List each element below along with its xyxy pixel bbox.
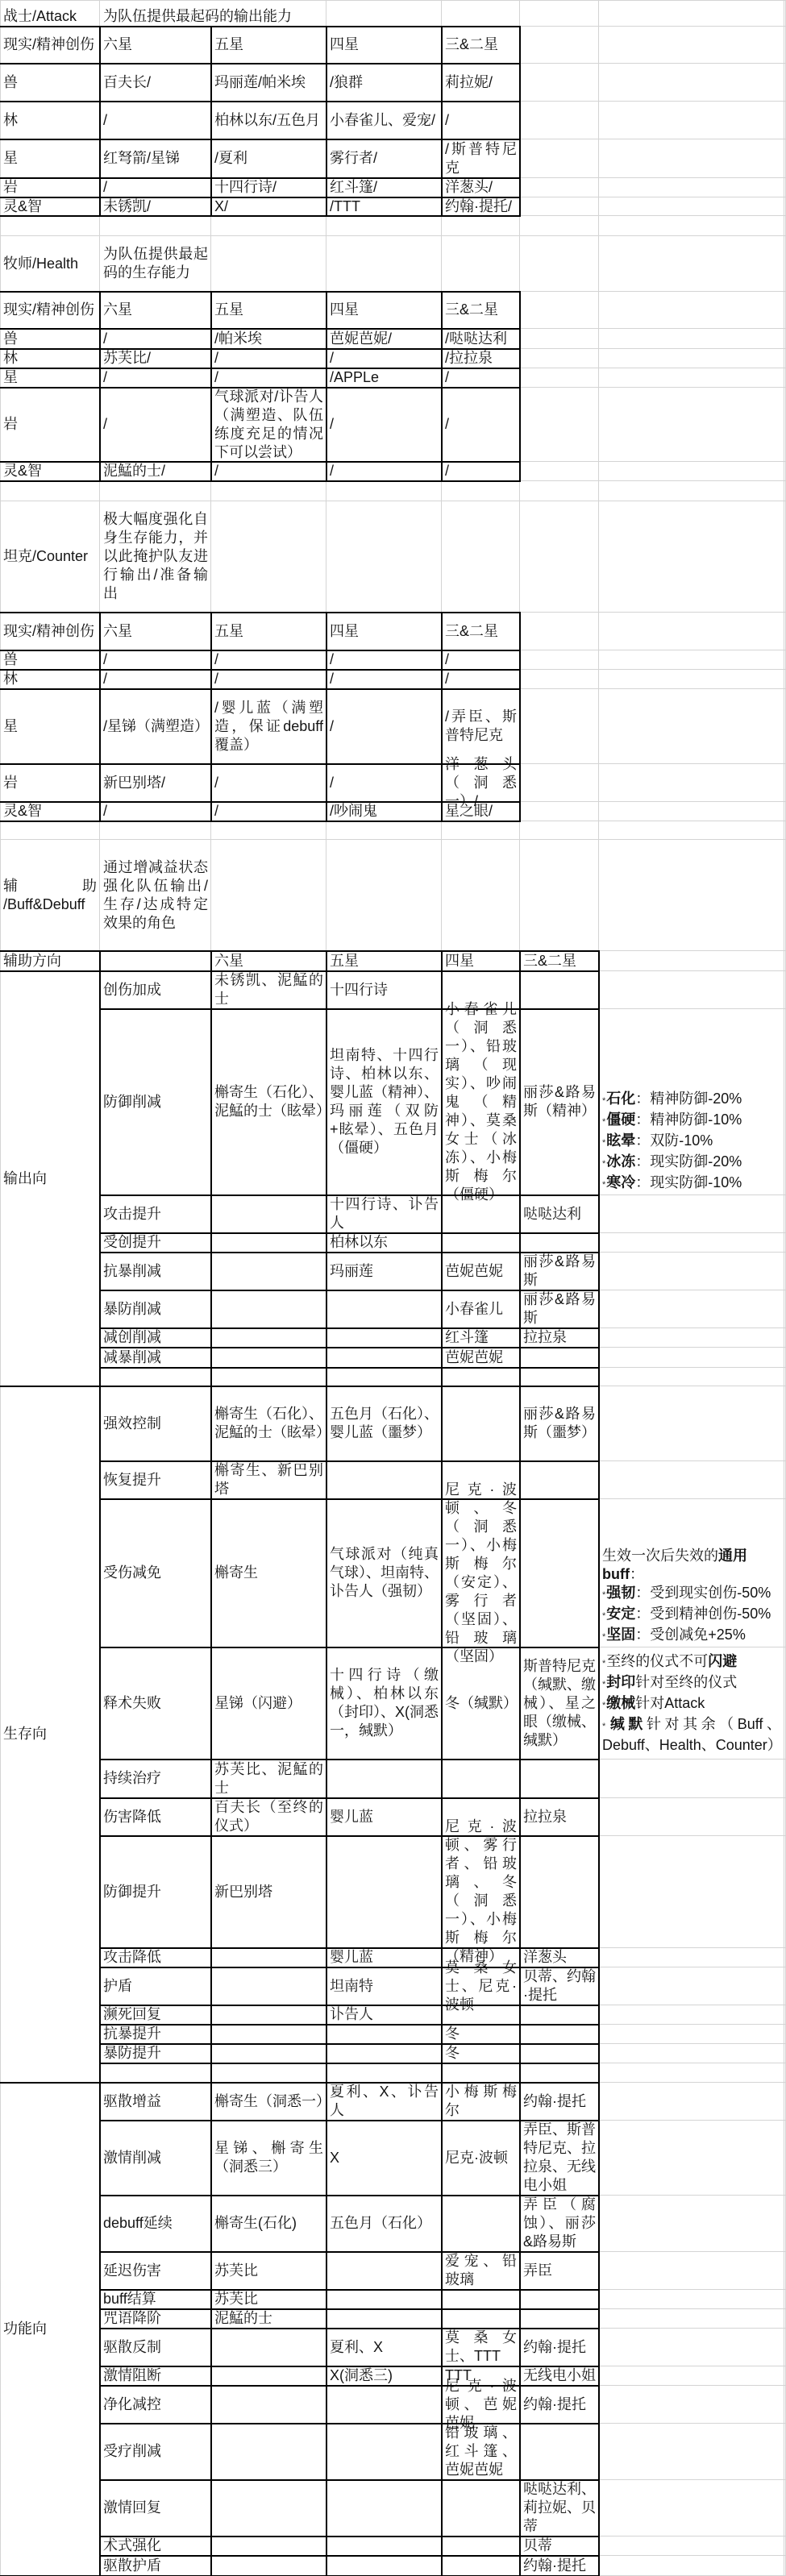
- support-character-cell[interactable]: 铅玻璃、红斗篷、芭妮芭妮: [442, 2424, 520, 2480]
- counter-character-cell[interactable]: /婴儿蓝（满塑造，保证debuff覆盖）: [211, 689, 326, 764]
- support-character-cell[interactable]: [442, 1760, 520, 1798]
- support-effect-label[interactable]: 攻击降低: [100, 1948, 211, 1967]
- counter-character-cell[interactable]: 洋葱头（洞悉一）/: [442, 764, 520, 802]
- empty-cell[interactable]: [599, 216, 784, 236]
- empty-cell[interactable]: [599, 1328, 784, 1348]
- empty-cell[interactable]: [442, 821, 520, 840]
- support-character-cell[interactable]: [442, 2290, 520, 2309]
- support-character-cell[interactable]: 夏利、X: [326, 2329, 442, 2366]
- support-description[interactable]: 通过增减益状态强化队伍输出/生存/达成特定效果的角色: [100, 840, 211, 951]
- health-row-label[interactable]: 林: [0, 349, 100, 368]
- support-character-cell[interactable]: [211, 2537, 326, 2556]
- attack-character-cell[interactable]: 玛丽莲/帕米埃: [211, 64, 326, 102]
- support-character-cell[interactable]: [326, 1760, 442, 1798]
- health-row-label[interactable]: 兽: [0, 329, 100, 349]
- attack-character-cell[interactable]: /狼群: [326, 64, 442, 102]
- support-character-cell[interactable]: 哒哒达利: [520, 1195, 599, 1233]
- counter-description[interactable]: 极大幅度强化自身生存能力，并以此掩护队友进行输出/准备输出: [100, 501, 211, 613]
- empty-cell[interactable]: [599, 2196, 784, 2252]
- attack-header-cell[interactable]: 五星: [211, 27, 326, 64]
- counter-row-label[interactable]: 灵&智: [0, 802, 100, 821]
- support-character-cell[interactable]: 小春雀儿（洞悉一）、铅玻璃（现实）、吵闹鬼（精神）、莫桑女士（冰冻）、小梅斯梅尔…: [442, 1009, 520, 1195]
- health-character-cell[interactable]: /: [100, 368, 211, 388]
- attack-character-cell[interactable]: 红斗篷/: [326, 178, 442, 197]
- empty-cell[interactable]: [599, 2537, 784, 2556]
- support-character-cell[interactable]: [211, 2044, 326, 2063]
- empty-cell[interactable]: [599, 368, 784, 388]
- support-character-cell[interactable]: [211, 2424, 326, 2480]
- support-character-cell[interactable]: [326, 2386, 442, 2424]
- support-character-cell[interactable]: [326, 2424, 442, 2480]
- empty-cell[interactable]: [599, 650, 784, 670]
- attack-header-cell[interactable]: 六星: [100, 27, 211, 64]
- support-title[interactable]: 辅助/Buff&Debuff: [0, 840, 100, 951]
- support-character-cell[interactable]: 尼克·波顿: [442, 2121, 520, 2196]
- support-character-cell[interactable]: 坦南特、十四行诗、柏林以东、婴儿蓝（精神）、玛丽莲（双防+眩晕）、五色月（僵硬）: [326, 1009, 442, 1195]
- health-header-cell[interactable]: 三&二星: [442, 292, 520, 329]
- attack-character-cell[interactable]: 小春雀儿、爱宠/: [326, 102, 442, 139]
- support-effect-label[interactable]: 防御提升: [100, 1836, 211, 1948]
- support-character-cell[interactable]: [326, 2480, 442, 2537]
- empty-cell[interactable]: [599, 2556, 784, 2576]
- empty-cell[interactable]: [599, 1948, 784, 1967]
- empty-cell[interactable]: [599, 1386, 784, 1461]
- empty-cell[interactable]: [599, 2044, 784, 2063]
- health-character-cell[interactable]: 气球派对/讣告人（满塑造、队伍练度充足的情况下可以尝试）: [211, 388, 326, 462]
- support-character-cell[interactable]: [442, 2556, 520, 2576]
- support-character-cell[interactable]: [442, 1368, 520, 1386]
- health-character-cell[interactable]: /帕米埃: [211, 329, 326, 349]
- empty-cell[interactable]: [599, 1348, 784, 1368]
- counter-row-label[interactable]: 岩: [0, 764, 100, 802]
- support-character-cell[interactable]: 莫桑女士、尼克·波顿: [442, 1967, 520, 2005]
- counter-character-cell[interactable]: /: [211, 764, 326, 802]
- support-character-cell[interactable]: 丽莎&路易斯: [520, 1290, 599, 1328]
- support-character-cell[interactable]: 苏芙比: [211, 2290, 326, 2309]
- support-character-cell[interactable]: [442, 2480, 520, 2537]
- empty-cell[interactable]: [100, 481, 211, 501]
- empty-cell[interactable]: [599, 2063, 784, 2083]
- empty-cell[interactable]: [599, 462, 784, 481]
- counter-character-cell[interactable]: /: [100, 802, 211, 821]
- empty-cell[interactable]: [326, 481, 442, 501]
- attack-character-cell[interactable]: /斯普特尼克: [442, 139, 520, 178]
- empty-cell[interactable]: [442, 0, 520, 27]
- support-character-cell[interactable]: X(洞悉三): [326, 2366, 442, 2386]
- counter-character-cell[interactable]: /: [326, 670, 442, 689]
- support-header-cell[interactable]: 四星: [442, 951, 520, 971]
- health-character-cell[interactable]: /APPLe: [326, 368, 442, 388]
- empty-cell[interactable]: [599, 2025, 784, 2044]
- empty-cell[interactable]: [520, 368, 599, 388]
- empty-cell[interactable]: [326, 840, 442, 951]
- empty-cell[interactable]: [599, 1233, 784, 1253]
- attack-character-cell[interactable]: 柏林以东/五色月: [211, 102, 326, 139]
- empty-cell[interactable]: [599, 2366, 784, 2386]
- empty-cell[interactable]: [442, 481, 520, 501]
- health-header-cell[interactable]: 现实/精神创伤: [0, 292, 100, 329]
- empty-cell[interactable]: [599, 2083, 784, 2121]
- empty-cell[interactable]: [520, 689, 599, 764]
- support-character-cell[interactable]: [326, 2025, 442, 2044]
- support-character-cell[interactable]: 拉拉泉: [520, 1328, 599, 1348]
- counter-character-cell[interactable]: /星锑（满塑造）: [100, 689, 211, 764]
- empty-cell[interactable]: [520, 292, 599, 329]
- support-character-cell[interactable]: [211, 2556, 326, 2576]
- health-character-cell[interactable]: /: [326, 349, 442, 368]
- support-character-cell[interactable]: [211, 2329, 326, 2366]
- support-group-label[interactable]: 功能向: [0, 2083, 100, 2576]
- empty-cell[interactable]: [0, 216, 100, 236]
- support-character-cell[interactable]: 约翰·提托: [520, 2329, 599, 2366]
- support-effect-label[interactable]: 受创提升: [100, 1233, 211, 1253]
- support-character-cell[interactable]: [442, 2005, 520, 2025]
- counter-character-cell[interactable]: /: [211, 650, 326, 670]
- counter-header-cell[interactable]: 现实/精神创伤: [0, 613, 100, 650]
- counter-character-cell[interactable]: /弄臣、斯普特尼克: [442, 689, 520, 764]
- empty-cell[interactable]: [599, 501, 784, 613]
- support-character-cell[interactable]: [211, 1368, 326, 1386]
- counter-character-cell[interactable]: /: [211, 802, 326, 821]
- empty-cell[interactable]: [442, 236, 520, 292]
- empty-cell[interactable]: [599, 292, 784, 329]
- counter-character-cell[interactable]: /: [211, 670, 326, 689]
- empty-cell[interactable]: [520, 216, 599, 236]
- health-character-cell[interactable]: /: [211, 462, 326, 481]
- support-character-cell[interactable]: 柏林以东: [326, 1233, 442, 1253]
- counter-row-label[interactable]: 星: [0, 689, 100, 764]
- health-description[interactable]: 为队伍提供最起码的生存能力: [100, 236, 211, 292]
- empty-cell[interactable]: [0, 821, 100, 840]
- support-character-cell[interactable]: 小春雀儿: [442, 1290, 520, 1328]
- health-header-cell[interactable]: 六星: [100, 292, 211, 329]
- support-note[interactable]: 生效一次后失效的通用buff：*强韧：受到现实创伤-50%*安定：受到精神创伤-…: [599, 1499, 784, 1647]
- support-character-cell[interactable]: 红斗篷: [442, 1328, 520, 1348]
- empty-cell[interactable]: [326, 0, 442, 27]
- support-character-cell[interactable]: 丽莎&路易斯（精神）: [520, 1009, 599, 1195]
- support-character-cell[interactable]: [520, 2290, 599, 2309]
- attack-header-cell[interactable]: 四星: [326, 27, 442, 64]
- health-row-label[interactable]: 岩: [0, 388, 100, 462]
- support-effect-label[interactable]: 抗暴提升: [100, 2025, 211, 2044]
- support-character-cell[interactable]: 爱宠、铅玻璃: [442, 2252, 520, 2290]
- attack-row-label[interactable]: 灵&智: [0, 197, 100, 216]
- empty-cell[interactable]: [599, 951, 784, 971]
- support-character-cell[interactable]: 十四行诗（缴械）、柏林以东（封印）、X(洞悉一，缄默）: [326, 1647, 442, 1760]
- support-character-cell[interactable]: 尼克·波顿、冬（洞悉一）、小梅斯梅尔（安定）、雾行者（坚固）、铅玻璃（坚固）: [442, 1499, 520, 1647]
- empty-cell[interactable]: [599, 64, 784, 102]
- empty-cell[interactable]: [599, 139, 784, 178]
- health-character-cell[interactable]: /: [442, 462, 520, 481]
- support-character-cell[interactable]: [520, 2025, 599, 2044]
- support-effect-label[interactable]: [100, 1368, 211, 1386]
- support-character-cell[interactable]: 约翰·提托: [520, 2386, 599, 2424]
- support-character-cell[interactable]: [211, 2480, 326, 2537]
- support-character-cell[interactable]: [442, 1386, 520, 1461]
- attack-character-cell[interactable]: X/: [211, 197, 326, 216]
- support-effect-label[interactable]: 受伤减免: [100, 1499, 211, 1647]
- empty-cell[interactable]: [211, 216, 326, 236]
- health-character-cell[interactable]: /哒哒达利: [442, 329, 520, 349]
- support-character-cell[interactable]: [211, 1948, 326, 1967]
- empty-cell[interactable]: [599, 2290, 784, 2309]
- attack-character-cell[interactable]: 莉拉妮/: [442, 64, 520, 102]
- attack-row-label[interactable]: 兽: [0, 64, 100, 102]
- support-character-cell[interactable]: [211, 2005, 326, 2025]
- support-character-cell[interactable]: 约翰·提托: [520, 2556, 599, 2576]
- counter-character-cell[interactable]: /: [100, 650, 211, 670]
- support-header-cell[interactable]: 三&二星: [520, 951, 599, 971]
- empty-cell[interactable]: [520, 0, 599, 27]
- support-note[interactable]: *石化：精神防御-20%*僵硬：精神防御-10%*眩晕：双防-10%*冰冻：现实…: [599, 1009, 784, 1195]
- support-effect-label[interactable]: 濒死回复: [100, 2005, 211, 2025]
- empty-cell[interactable]: [599, 2252, 784, 2290]
- support-character-cell[interactable]: [326, 1368, 442, 1386]
- support-character-cell[interactable]: [326, 2556, 442, 2576]
- support-character-cell[interactable]: 新巴别塔: [211, 1836, 326, 1948]
- support-character-cell[interactable]: 槲寄生（洞悉一）: [211, 2083, 326, 2121]
- attack-character-cell[interactable]: 十四行诗/: [211, 178, 326, 197]
- empty-cell[interactable]: [599, 329, 784, 349]
- support-character-cell[interactable]: 约翰·提托: [520, 2083, 599, 2121]
- empty-cell[interactable]: [599, 821, 784, 840]
- support-character-cell[interactable]: 婴儿蓝: [326, 1948, 442, 1967]
- support-character-cell[interactable]: 槲寄生: [211, 1499, 326, 1647]
- support-character-cell[interactable]: [520, 2005, 599, 2025]
- empty-cell[interactable]: [599, 27, 784, 64]
- support-character-cell[interactable]: [520, 2063, 599, 2083]
- support-character-cell[interactable]: [211, 1290, 326, 1328]
- support-effect-label[interactable]: 延迟伤害: [100, 2252, 211, 2290]
- support-character-cell[interactable]: [211, 2366, 326, 2386]
- empty-cell[interactable]: [326, 216, 442, 236]
- empty-cell[interactable]: [211, 840, 326, 951]
- support-character-cell[interactable]: [442, 2537, 520, 2556]
- support-character-cell[interactable]: 芭妮芭妮: [442, 1348, 520, 1368]
- support-character-cell[interactable]: [211, 2025, 326, 2044]
- support-character-cell[interactable]: 槲寄生（石化）、泥鯭的士（眩晕）: [211, 1009, 326, 1195]
- support-header-cell[interactable]: 六星: [211, 951, 326, 971]
- attack-character-cell[interactable]: 百夫长/: [100, 64, 211, 102]
- empty-cell[interactable]: [442, 501, 520, 613]
- support-character-cell[interactable]: 尼克·波顿、雾行者、铅玻璃、冬（洞悉一）、小梅斯梅尔（精神）: [442, 1836, 520, 1948]
- support-character-cell[interactable]: [520, 1836, 599, 1948]
- counter-character-cell[interactable]: /: [326, 689, 442, 764]
- support-effect-label[interactable]: 净化减控: [100, 2386, 211, 2424]
- support-header-cell[interactable]: 辅助方向: [0, 951, 100, 971]
- support-character-cell[interactable]: 斯普特尼克（缄默、缴械）、星之眼（缴械、缄默）: [520, 1647, 599, 1760]
- support-character-cell[interactable]: 五色月（石化）: [326, 2196, 442, 2252]
- empty-cell[interactable]: [520, 821, 599, 840]
- health-character-cell[interactable]: /: [211, 349, 326, 368]
- attack-character-cell[interactable]: 红弩箭/星锑: [100, 139, 211, 178]
- empty-cell[interactable]: [520, 462, 599, 481]
- support-character-cell[interactable]: [326, 1290, 442, 1328]
- empty-cell[interactable]: [520, 236, 599, 292]
- health-character-cell[interactable]: /: [442, 388, 520, 462]
- empty-cell[interactable]: [520, 27, 599, 64]
- support-character-cell[interactable]: 弄臣、斯普特尼克、拉拉泉、无线电小姐: [520, 2121, 599, 2196]
- support-effect-label[interactable]: 激情回复: [100, 2480, 211, 2537]
- support-character-cell[interactable]: 泥鯭的士: [211, 2309, 326, 2329]
- support-effect-label[interactable]: 伤害降低: [100, 1798, 211, 1836]
- support-character-cell[interactable]: [442, 2063, 520, 2083]
- health-header-cell[interactable]: 五星: [211, 292, 326, 329]
- empty-cell[interactable]: [520, 102, 599, 139]
- support-effect-label[interactable]: 释术失败: [100, 1647, 211, 1760]
- support-header-cell[interactable]: [100, 951, 211, 971]
- empty-cell[interactable]: [599, 840, 784, 951]
- empty-cell[interactable]: [599, 2005, 784, 2025]
- support-effect-label[interactable]: 驱散增益: [100, 2083, 211, 2121]
- support-character-cell[interactable]: 弄臣: [520, 2252, 599, 2290]
- support-character-cell[interactable]: [520, 1233, 599, 1253]
- empty-cell[interactable]: [326, 236, 442, 292]
- support-effect-label[interactable]: 减创削减: [100, 1328, 211, 1348]
- empty-cell[interactable]: [599, 102, 784, 139]
- empty-cell[interactable]: [442, 840, 520, 951]
- support-character-cell[interactable]: 讣告人: [326, 2005, 442, 2025]
- support-effect-label[interactable]: 减暴削减: [100, 1348, 211, 1368]
- empty-cell[interactable]: [599, 2480, 784, 2537]
- support-character-cell[interactable]: 未锈凯、泥鯭的士: [211, 971, 326, 1009]
- support-character-cell[interactable]: 小梅斯梅尔: [442, 2083, 520, 2121]
- empty-cell[interactable]: [599, 2329, 784, 2366]
- support-character-cell[interactable]: [211, 2063, 326, 2083]
- support-effect-label[interactable]: 暴防削减: [100, 1290, 211, 1328]
- support-effect-label[interactable]: 强效控制: [100, 1386, 211, 1461]
- support-character-cell[interactable]: [211, 2386, 326, 2424]
- support-effect-label[interactable]: 持续治疗: [100, 1760, 211, 1798]
- attack-row-label[interactable]: 岩: [0, 178, 100, 197]
- support-character-cell[interactable]: [520, 971, 599, 1009]
- empty-cell[interactable]: [599, 971, 784, 1009]
- empty-cell[interactable]: [211, 501, 326, 613]
- support-character-cell[interactable]: 槲寄生（石化）、泥鯭的士（眩晕）: [211, 1386, 326, 1461]
- support-character-cell[interactable]: [520, 2309, 599, 2329]
- support-group-label[interactable]: 生存向: [0, 1386, 100, 2083]
- counter-character-cell[interactable]: /: [100, 670, 211, 689]
- support-character-cell[interactable]: [211, 1348, 326, 1368]
- support-character-cell[interactable]: [326, 2309, 442, 2329]
- empty-cell[interactable]: [211, 481, 326, 501]
- support-effect-label[interactable]: 创伤加成: [100, 971, 211, 1009]
- attack-row-label[interactable]: 星: [0, 139, 100, 178]
- support-character-cell[interactable]: [326, 2063, 442, 2083]
- support-character-cell[interactable]: 哒哒达利、莉拉妮、贝蒂: [520, 2480, 599, 2537]
- support-character-cell[interactable]: 冬: [442, 2025, 520, 2044]
- counter-character-cell[interactable]: 新巴别塔/: [100, 764, 211, 802]
- counter-header-cell[interactable]: 四星: [326, 613, 442, 650]
- support-effect-label[interactable]: 受疗削减: [100, 2424, 211, 2480]
- support-character-cell[interactable]: 槲寄生(石化): [211, 2196, 326, 2252]
- attack-description[interactable]: 为队伍提供最起码的输出能力: [100, 0, 326, 27]
- attack-character-cell[interactable]: /: [100, 102, 211, 139]
- empty-cell[interactable]: [211, 821, 326, 840]
- empty-cell[interactable]: [599, 236, 784, 292]
- support-character-cell[interactable]: [326, 2290, 442, 2309]
- empty-cell[interactable]: [599, 1253, 784, 1290]
- empty-cell[interactable]: [599, 613, 784, 650]
- empty-cell[interactable]: [326, 501, 442, 613]
- support-character-cell[interactable]: [442, 1233, 520, 1253]
- support-character-cell[interactable]: [326, 1461, 442, 1499]
- empty-cell[interactable]: [599, 2309, 784, 2329]
- health-character-cell[interactable]: /: [326, 388, 442, 462]
- support-group-label[interactable]: 输出向: [0, 971, 100, 1386]
- empty-cell[interactable]: [520, 349, 599, 368]
- support-character-cell[interactable]: X: [326, 2121, 442, 2196]
- support-note[interactable]: *至终的仪式不可闪避*封印针对至终的仪式*缴械针对Attack*缄默针对其余（B…: [599, 1647, 784, 1760]
- attack-character-cell[interactable]: /夏利: [211, 139, 326, 178]
- support-effect-label[interactable]: 防御削减: [100, 1009, 211, 1195]
- empty-cell[interactable]: [599, 2424, 784, 2480]
- empty-cell[interactable]: [100, 216, 211, 236]
- attack-row-label[interactable]: 林: [0, 102, 100, 139]
- support-character-cell[interactable]: 星锑、槲寄生（洞悉三）: [211, 2121, 326, 2196]
- support-effect-label[interactable]: 暴防提升: [100, 2044, 211, 2063]
- empty-cell[interactable]: [0, 481, 100, 501]
- support-character-cell[interactable]: 尼克·波顿、芭妮芭妮: [442, 2386, 520, 2424]
- attack-character-cell[interactable]: 未锈凯/: [100, 197, 211, 216]
- support-character-cell[interactable]: 冬: [442, 2044, 520, 2063]
- support-character-cell[interactable]: 拉拉泉: [520, 1798, 599, 1836]
- empty-cell[interactable]: [520, 840, 599, 951]
- support-character-cell[interactable]: [442, 1195, 520, 1233]
- support-character-cell[interactable]: [211, 1253, 326, 1290]
- support-character-cell[interactable]: [211, 1328, 326, 1348]
- attack-character-cell[interactable]: 雾行者/: [326, 139, 442, 178]
- counter-character-cell[interactable]: /: [442, 670, 520, 689]
- support-effect-label[interactable]: 激情阻断: [100, 2366, 211, 2386]
- health-character-cell[interactable]: /: [100, 329, 211, 349]
- health-row-label[interactable]: 灵&智: [0, 462, 100, 481]
- support-effect-label[interactable]: 抗暴削减: [100, 1253, 211, 1290]
- empty-cell[interactable]: [211, 236, 326, 292]
- support-character-cell[interactable]: 无线电小姐: [520, 2366, 599, 2386]
- support-character-cell[interactable]: [326, 1348, 442, 1368]
- support-character-cell[interactable]: 洋葱头: [520, 1948, 599, 1967]
- empty-cell[interactable]: [520, 650, 599, 670]
- support-character-cell[interactable]: [326, 1328, 442, 1348]
- empty-cell[interactable]: [599, 1760, 784, 1798]
- support-effect-label[interactable]: buff结算: [100, 2290, 211, 2309]
- health-character-cell[interactable]: 芭妮芭妮/: [326, 329, 442, 349]
- health-character-cell[interactable]: 苏芙比/: [100, 349, 211, 368]
- empty-cell[interactable]: [599, 481, 784, 501]
- support-character-cell[interactable]: [520, 1499, 599, 1647]
- attack-header-cell[interactable]: 三&二星: [442, 27, 520, 64]
- empty-cell[interactable]: [520, 388, 599, 462]
- support-character-cell[interactable]: [520, 1461, 599, 1499]
- empty-cell[interactable]: [442, 216, 520, 236]
- empty-cell[interactable]: [520, 197, 599, 216]
- empty-cell[interactable]: [599, 1368, 784, 1386]
- empty-cell[interactable]: [520, 670, 599, 689]
- empty-cell[interactable]: [599, 689, 784, 764]
- empty-cell[interactable]: [520, 139, 599, 178]
- support-character-cell[interactable]: [442, 2309, 520, 2329]
- support-effect-label[interactable]: 咒语降阶: [100, 2309, 211, 2329]
- support-character-cell[interactable]: [211, 1195, 326, 1233]
- support-effect-label[interactable]: 恢复提升: [100, 1461, 211, 1499]
- empty-cell[interactable]: [100, 821, 211, 840]
- empty-cell[interactable]: [599, 764, 784, 802]
- support-effect-label[interactable]: 激情削减: [100, 2121, 211, 2196]
- support-header-cell[interactable]: 五星: [326, 951, 442, 971]
- health-character-cell[interactable]: /: [211, 368, 326, 388]
- attack-header-cell[interactable]: 现实/精神创伤: [0, 27, 100, 64]
